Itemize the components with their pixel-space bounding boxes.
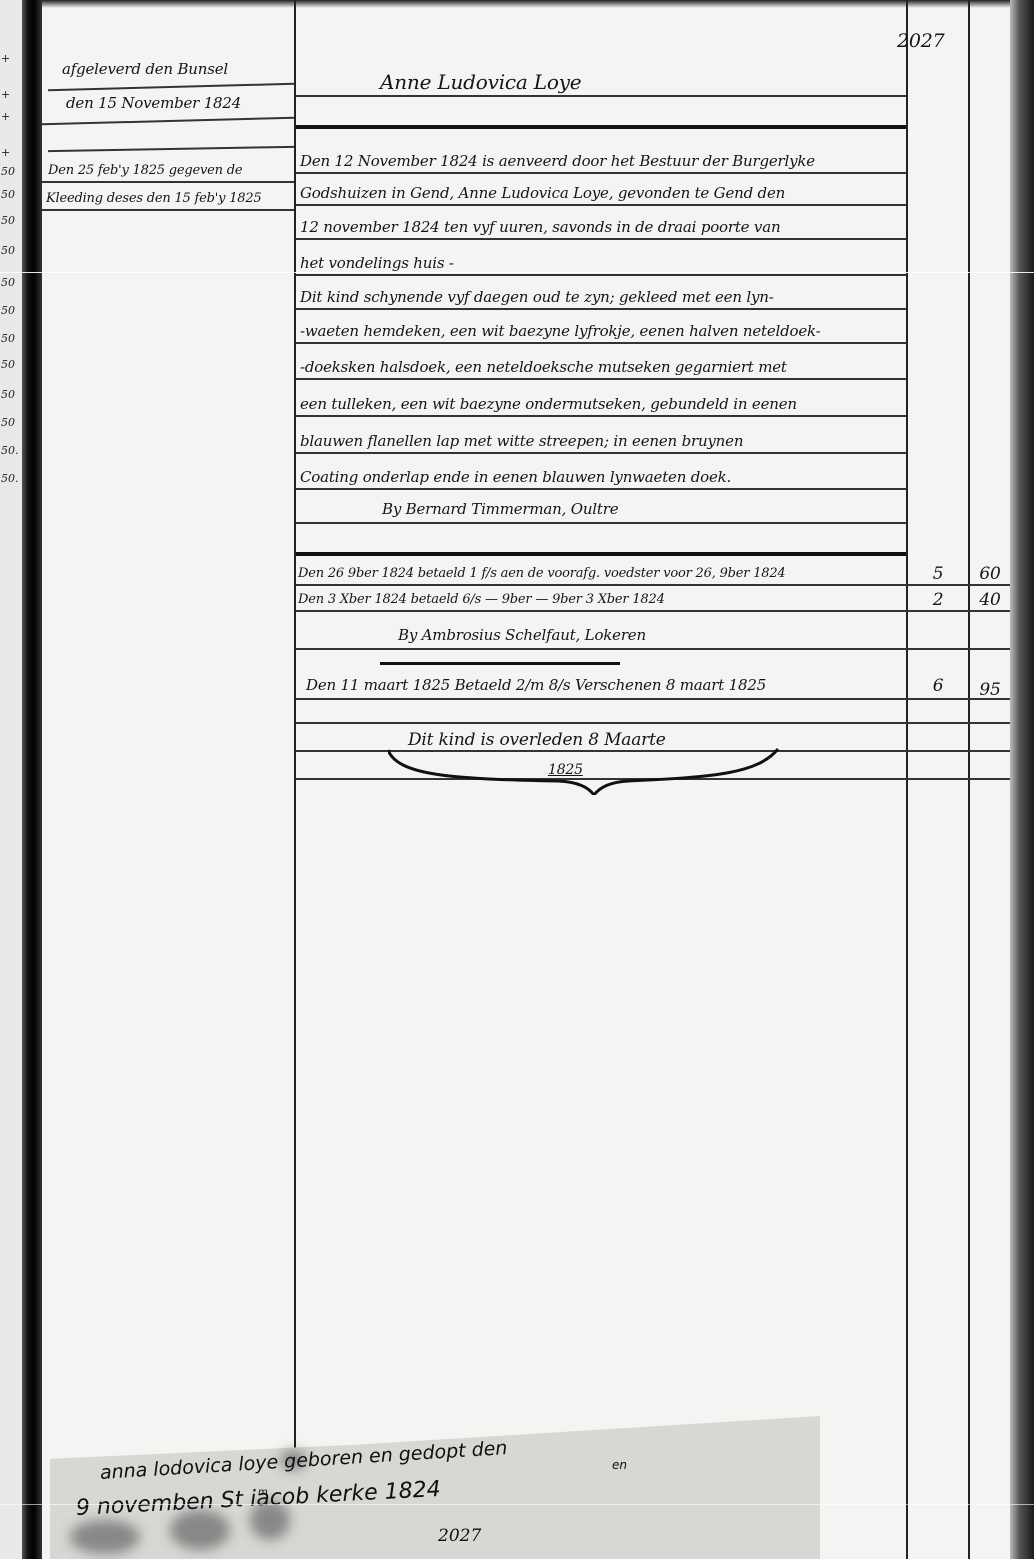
margin-mark: + bbox=[0, 146, 22, 159]
margin-mark: 50 bbox=[0, 416, 22, 429]
margin-mark: 50 bbox=[0, 358, 22, 371]
slip-folio-number: 2027 bbox=[438, 1526, 481, 1546]
underline bbox=[296, 172, 906, 174]
description-line-5: blauwen flanellen lap met witte streepen… bbox=[300, 432, 743, 450]
scan-artifact-line bbox=[0, 1504, 1034, 1505]
description-line-6: Coating onderlap ende in eenen blauwen l… bbox=[300, 468, 731, 486]
margin-mark: 50 bbox=[0, 165, 22, 178]
underline bbox=[42, 181, 294, 183]
payment-final-cents: 95 bbox=[972, 680, 1008, 700]
name-rule-thick bbox=[296, 125, 906, 129]
underline bbox=[48, 146, 294, 152]
payment-line-2: Den 3 Xber 1824 betaeld 6/s — 9ber — 9be… bbox=[298, 592, 665, 607]
entry-line-2: Godshuizen in Gend, Anne Ludovica Loye, … bbox=[300, 184, 785, 202]
margin-mark: 50 bbox=[0, 244, 22, 257]
margin-mark: 50. bbox=[0, 472, 22, 485]
description-line-1: Dit kind schynende vyf daegen oud te zyn… bbox=[300, 288, 774, 306]
column-rule-left bbox=[294, 0, 296, 1559]
column-rule-guilders bbox=[906, 0, 908, 1559]
underline bbox=[296, 452, 906, 454]
description-line-2: -waeten hemdeken, een wit baezyne lyfrok… bbox=[300, 322, 821, 340]
underline bbox=[42, 209, 294, 211]
underline bbox=[296, 522, 906, 524]
payment-2-guilders: 2 bbox=[918, 590, 958, 610]
underline bbox=[296, 274, 906, 276]
short-rule-thick bbox=[380, 662, 620, 665]
register-page: + + + + 50 50 50 50 50 50 50 50 50 50 50… bbox=[0, 0, 1034, 1559]
payment-final-guilders: 6 bbox=[918, 676, 958, 696]
placement-nurse-1: By Bernard Timmerman, Oultre bbox=[382, 500, 618, 518]
entry-line-4: het vondelings huis - bbox=[300, 254, 454, 272]
right-page-edge bbox=[1010, 0, 1034, 1559]
slip-line-2-superscript: m bbox=[258, 1487, 268, 1498]
placement-nurse-2: By Ambrosius Schelfaut, Lokeren bbox=[398, 626, 646, 644]
underline bbox=[48, 83, 294, 91]
ink-stain bbox=[70, 1520, 140, 1554]
underline bbox=[296, 308, 906, 310]
underline bbox=[296, 698, 1010, 700]
underline bbox=[296, 584, 1010, 586]
left-note-1-line-1: afgeleverd den Bunsel bbox=[62, 60, 228, 78]
underline bbox=[296, 204, 906, 206]
column-rule-cents bbox=[968, 0, 970, 1559]
decorative-brace-icon bbox=[388, 745, 788, 795]
scan-artifact-line bbox=[0, 272, 1034, 273]
top-shadow bbox=[0, 0, 1034, 8]
previous-page-margin: + + + + 50 50 50 50 50 50 50 50 50 50 50… bbox=[0, 0, 22, 1559]
margin-mark: 50. bbox=[0, 444, 22, 457]
margin-mark: 50 bbox=[0, 332, 22, 345]
name-rule bbox=[296, 95, 906, 97]
payment-1-guilders: 5 bbox=[918, 564, 958, 584]
underline bbox=[296, 238, 906, 240]
margin-mark: 50 bbox=[0, 304, 22, 317]
description-line-4: een tulleken, een wit baezyne ondermutse… bbox=[300, 395, 797, 413]
underline bbox=[42, 117, 294, 125]
underline bbox=[296, 342, 906, 344]
slip-superscript: en bbox=[612, 1458, 627, 1472]
entry-line-3: 12 november 1824 ten vyf uuren, savonds … bbox=[300, 218, 780, 236]
margin-mark: 50 bbox=[0, 188, 22, 201]
margin-mark: 50 bbox=[0, 214, 22, 227]
underline bbox=[296, 722, 1010, 724]
payment-1-cents: 60 bbox=[972, 564, 1008, 584]
child-name: Anne Ludovica Loye bbox=[380, 70, 581, 94]
left-note-2-line-1: Den 25 feb'y 1825 gegeven de bbox=[48, 163, 242, 178]
section-rule-thick bbox=[296, 552, 906, 556]
folio-number: 2027 bbox=[897, 30, 945, 52]
payment-final-line: Den 11 maart 1825 Betaeld 2/m 8/s Versch… bbox=[306, 676, 766, 694]
underline bbox=[296, 610, 1010, 612]
description-line-3: -doeksken halsdoek, een neteldoeksche mu… bbox=[300, 358, 787, 376]
left-note-2-line-2: Kleeding deses den 15 feb'y 1825 bbox=[46, 191, 262, 206]
margin-mark: + bbox=[0, 88, 22, 101]
underline bbox=[296, 488, 906, 490]
entry-line-1: Den 12 November 1824 is aenveerd door he… bbox=[300, 152, 815, 170]
underline bbox=[296, 648, 1010, 650]
payment-line-1: Den 26 9ber 1824 betaeld 1 f/s aen de vo… bbox=[298, 566, 785, 581]
underline bbox=[296, 415, 906, 417]
book-binding-gutter bbox=[22, 0, 42, 1559]
underline bbox=[296, 378, 906, 380]
left-note-1-line-2: den 15 November 1824 bbox=[66, 94, 241, 112]
ink-stain bbox=[170, 1510, 230, 1550]
margin-mark: + bbox=[0, 110, 22, 123]
margin-mark: + bbox=[0, 52, 22, 65]
margin-mark: 50 bbox=[0, 276, 22, 289]
payment-2-cents: 40 bbox=[972, 590, 1008, 610]
margin-mark: 50 bbox=[0, 388, 22, 401]
